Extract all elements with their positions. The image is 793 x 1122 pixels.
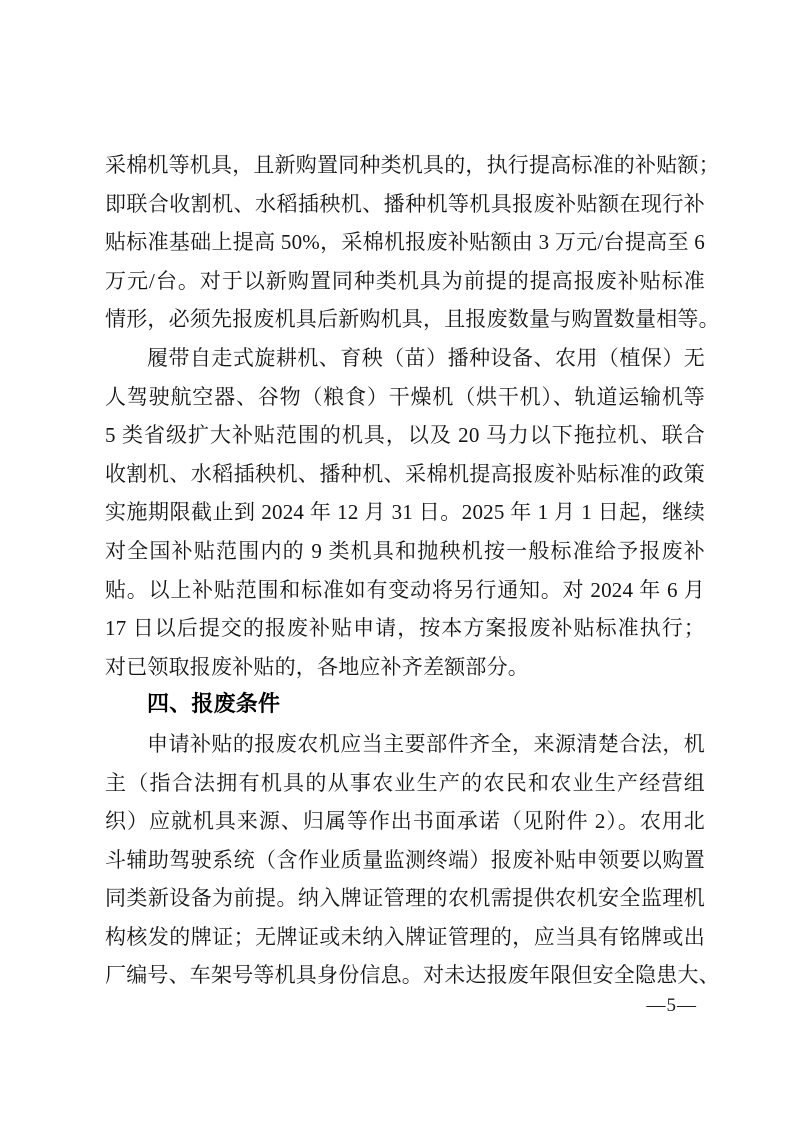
text-line: 斗辅助驾驶系统（含作业质量监测终端）报废补贴申领要以购置 — [105, 841, 705, 880]
text-line: 5 类省级扩大补贴范围的机具，以及 20 马力以下拖拉机、联合 — [105, 416, 705, 455]
text-line: 收割机、水稻插秧机、播种机、采棉机提高报废补贴标准的政策 — [105, 455, 705, 494]
text-line: 贴标准基础上提高 50%，采棉机报废补贴额由 3 万元/台提高至 6 — [105, 223, 705, 262]
text-line: 织）应就机具来源、归属等作出书面承诺（见附件 2）。农用北 — [105, 802, 705, 841]
page-number: —5— — [647, 994, 698, 1018]
text-line: 同类新设备为前提。纳入牌证管理的农机需提供农机安全监理机 — [105, 879, 705, 918]
text-line: 构核发的牌证；无牌证或未纳入牌证管理的，应当具有铭牌或出 — [105, 918, 705, 957]
text-line: 履带自走式旋耕机、育秧（苗）播种设备、农用（植保）无 — [105, 339, 705, 378]
text-line: 人驾驶航空器、谷物（粮食）干燥机（烘干机）、轨道运输机等 — [105, 378, 705, 417]
text-line: 主（指合法拥有机具的从事农业生产的农民和农业生产经营组 — [105, 764, 705, 803]
text-line: 万元/台。对于以新购置同种类机具为前提的提高报废补贴标准 — [105, 262, 705, 301]
text-line: 对已领取报废补贴的，各地应补齐差额部分。 — [105, 648, 705, 687]
text-line: 17 日以后提交的报废补贴申请，按本方案报废补贴标准执行； — [105, 609, 705, 648]
section-heading: 四、报废条件 — [105, 686, 705, 725]
document-page: 采棉机等机具，且新购置同种类机具的，执行提高标准的补贴额；即联合收割机、水稻插秧… — [0, 0, 793, 1122]
text-line: 情形，必须先报废机具后新购机具，且报废数量与购置数量相等。 — [105, 300, 705, 339]
text-line: 采棉机等机具，且新购置同种类机具的，执行提高标准的补贴额； — [105, 146, 705, 185]
text-line: 对全国补贴范围内的 9 类机具和抛秧机按一般标准给予报废补 — [105, 532, 705, 571]
text-line: 申请补贴的报废农机应当主要部件齐全，来源清楚合法，机 — [105, 725, 705, 764]
text-line: 厂编号、车架号等机具身份信息。对未达报废年限但安全隐患大、 — [105, 956, 705, 995]
text-line: 贴。以上补贴范围和标准如有变动将另行通知。对 2024 年 6 月 — [105, 571, 705, 610]
text-line: 实施期限截止到 2024 年 12 月 31 日。2025 年 1 月 1 日起… — [105, 493, 705, 532]
text-block: 采棉机等机具，且新购置同种类机具的，执行提高标准的补贴额；即联合收割机、水稻插秧… — [105, 146, 705, 995]
text-line: 即联合收割机、水稻插秧机、播种机等机具报废补贴额在现行补 — [105, 185, 705, 224]
